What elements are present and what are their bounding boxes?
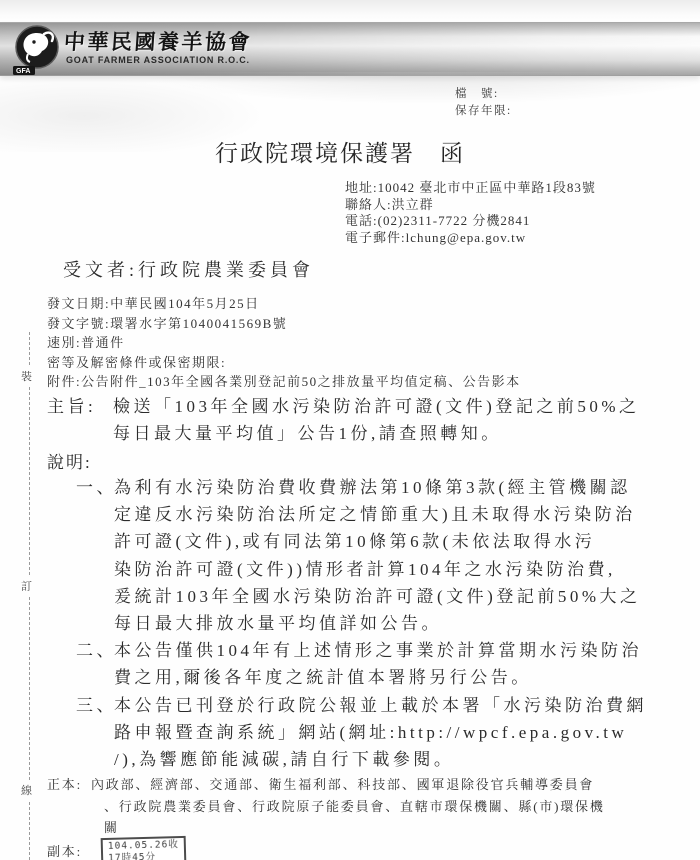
explanation-label: 說明: [47, 448, 92, 473]
meta-confidentiality: 密等及解密條件或保密期限: [47, 353, 521, 373]
carbon-copy-row: 副本: 104.05.26收 17時45分 [47, 841, 667, 860]
item-line: 爰統計103年全國水污染防治許可證(文件)登記前50%大之 [114, 583, 666, 610]
item-line: 費之用,爾後各年度之統計值本署將另行公告。 [114, 664, 666, 691]
contact-phone: 電話:(02)2311-7722 分機2841 [345, 213, 596, 230]
original-copy-line: 、行政院農業委員會、行政院原子能委員會、直轄市環保機關、縣(市)環保機 [91, 796, 605, 818]
item-line: /),為響應節能減碳,請自行下載參閱。 [114, 746, 666, 773]
subject-body: 檢送「103年全國水污染防治許可證(文件)登記之前50%之 每日最大量平均值」公… [113, 393, 639, 447]
original-copy-label: 正本: [47, 774, 91, 839]
binding-mark-xian: 線 [21, 780, 32, 800]
receipt-stamp: 104.05.26收 17時45分 [101, 835, 187, 860]
org-name-zh: 中華民國養羊協會 [63, 26, 253, 56]
item-body: 為利有水污染防治費收費辦法第10條第3款(經主管機關認 定違反水污染防治法所定之… [114, 474, 666, 637]
contact-address: 地址:10042 臺北市中正區中華路1段83號 [345, 180, 596, 197]
item-number: 一、 [76, 474, 114, 637]
subject-line: 檢送「103年全國水污染防治許可證(文件)登記之前50%之 [113, 393, 639, 420]
item-body: 本公告僅供104年有上述情形之事業於計算當期水污染防治 費之用,爾後各年度之統計… [114, 637, 666, 691]
original-copy-line: 關 [91, 817, 605, 839]
explanation-item-2: 二、 本公告僅供104年有上述情形之事業於計算當期水污染防治 費之用,爾後各年度… [76, 637, 666, 691]
meta-issue-date: 發文日期:中華民國104年5月25日 [47, 294, 521, 314]
document-title: 行政院環境保護署 函 [0, 135, 680, 168]
item-line: 每日最大排放水量平均值詳如公告。 [114, 610, 666, 637]
original-copy-body: 內政部、經濟部、交通部、衛生福利部、科技部、國軍退除役官兵輔導委員會 、行政院農… [91, 774, 605, 839]
item-number: 二、 [76, 637, 114, 691]
retention-label: 保存年限: [455, 103, 512, 120]
original-copy-line: 內政部、經濟部、交通部、衛生福利部、科技部、國軍退除役官兵輔導委員會 [91, 774, 605, 796]
emblem-gfa-label: GFA [16, 68, 30, 75]
item-line: 許可證(文件),或有同法第10條第6款(未依法取得水污 [114, 528, 666, 555]
explanation-item-1: 一、 為利有水污染防治費收費辦法第10條第3款(經主管機關認 定違反水污染防治法… [76, 474, 666, 637]
item-line: 為利有水污染防治費收費辦法第10條第3款(經主管機關認 [114, 474, 666, 501]
meta-attachment: 附件:公告附件_103年全國各業別登記前50之排放量平均值定稿、公告影本 [47, 372, 521, 392]
subject-label: 主旨: [47, 393, 113, 447]
contact-email: 電子郵件:lchung@epa.gov.tw [345, 230, 596, 247]
gfa-goat-emblem-icon: GFA [10, 24, 62, 76]
recipient-line: 受文者:行政院農業委員會 [63, 256, 314, 282]
org-name-en: GOAT FARMER ASSOCIATION R.O.C. [66, 55, 250, 65]
item-line: 路申報暨查詢系統」網站(網址:http://wpcf.epa.gov.tw [114, 719, 666, 746]
item-body: 本公告已刊登於行政院公報並上載於本署「水污染防治費網 路申報暨查詢系統」網站(網… [114, 692, 666, 774]
carbon-copy-label: 副本: [47, 841, 91, 860]
item-number: 三、 [76, 692, 114, 774]
item-line: 本公告僅供104年有上述情形之事業於計算當期水污染防治 [114, 637, 666, 664]
binding-mark-zhuang: 裝 [21, 366, 32, 386]
copies-section: 正本: 內政部、經濟部、交通部、衛生福利部、科技部、國軍退除役官兵輔導委員會 、… [47, 774, 667, 860]
item-line: 染防治許可證(文件))情形者計算104年之水污染防治費, [114, 556, 666, 583]
binding-mark-ding: 訂 [21, 576, 32, 596]
item-line: 本公告已刊登於行政院公報並上載於本署「水污染防治費網 [114, 692, 666, 719]
meta-priority: 速別:普通件 [47, 333, 521, 353]
stamp-date-line: 104.05.26收 [108, 839, 179, 852]
filing-block: 檔 號: 保存年限: [455, 86, 512, 120]
contact-block: 地址:10042 臺北市中正區中華路1段83號 聯絡人:洪立群 電話:(02)2… [345, 180, 596, 246]
explanation-section: 一、 為利有水污染防治費收費辦法第10條第3款(經主管機關認 定違反水污染防治法… [76, 474, 666, 773]
original-copy-row: 正本: 內政部、經濟部、交通部、衛生福利部、科技部、國軍退除役官兵輔導委員會 、… [47, 774, 667, 839]
meta-doc-number: 發文字號:環署水字第1040041569B號 [47, 314, 521, 334]
contact-person: 聯絡人:洪立群 [345, 197, 596, 214]
meta-block: 發文日期:中華民國104年5月25日 發文字號:環署水字第1040041569B… [47, 294, 521, 392]
file-no-label: 檔 號: [455, 86, 512, 103]
scanned-official-letter: GFA 中華民國養羊協會 GOAT FARMER ASSOCIATION R.O… [0, 0, 700, 860]
explanation-item-3: 三、 本公告已刊登於行政院公報並上載於本署「水污染防治費網 路申報暨查詢系統」網… [76, 692, 666, 774]
subject-section: 主旨: 檢送「103年全國水污染防治許可證(文件)登記之前50%之 每日最大量平… [47, 393, 667, 447]
item-line: 定違反水污染防治法所定之情節重大)且未取得水污染防治 [114, 501, 666, 528]
scan-top-wash [0, 0, 700, 22]
subject-line: 每日最大量平均值」公告1份,請查照轉知。 [113, 420, 639, 447]
